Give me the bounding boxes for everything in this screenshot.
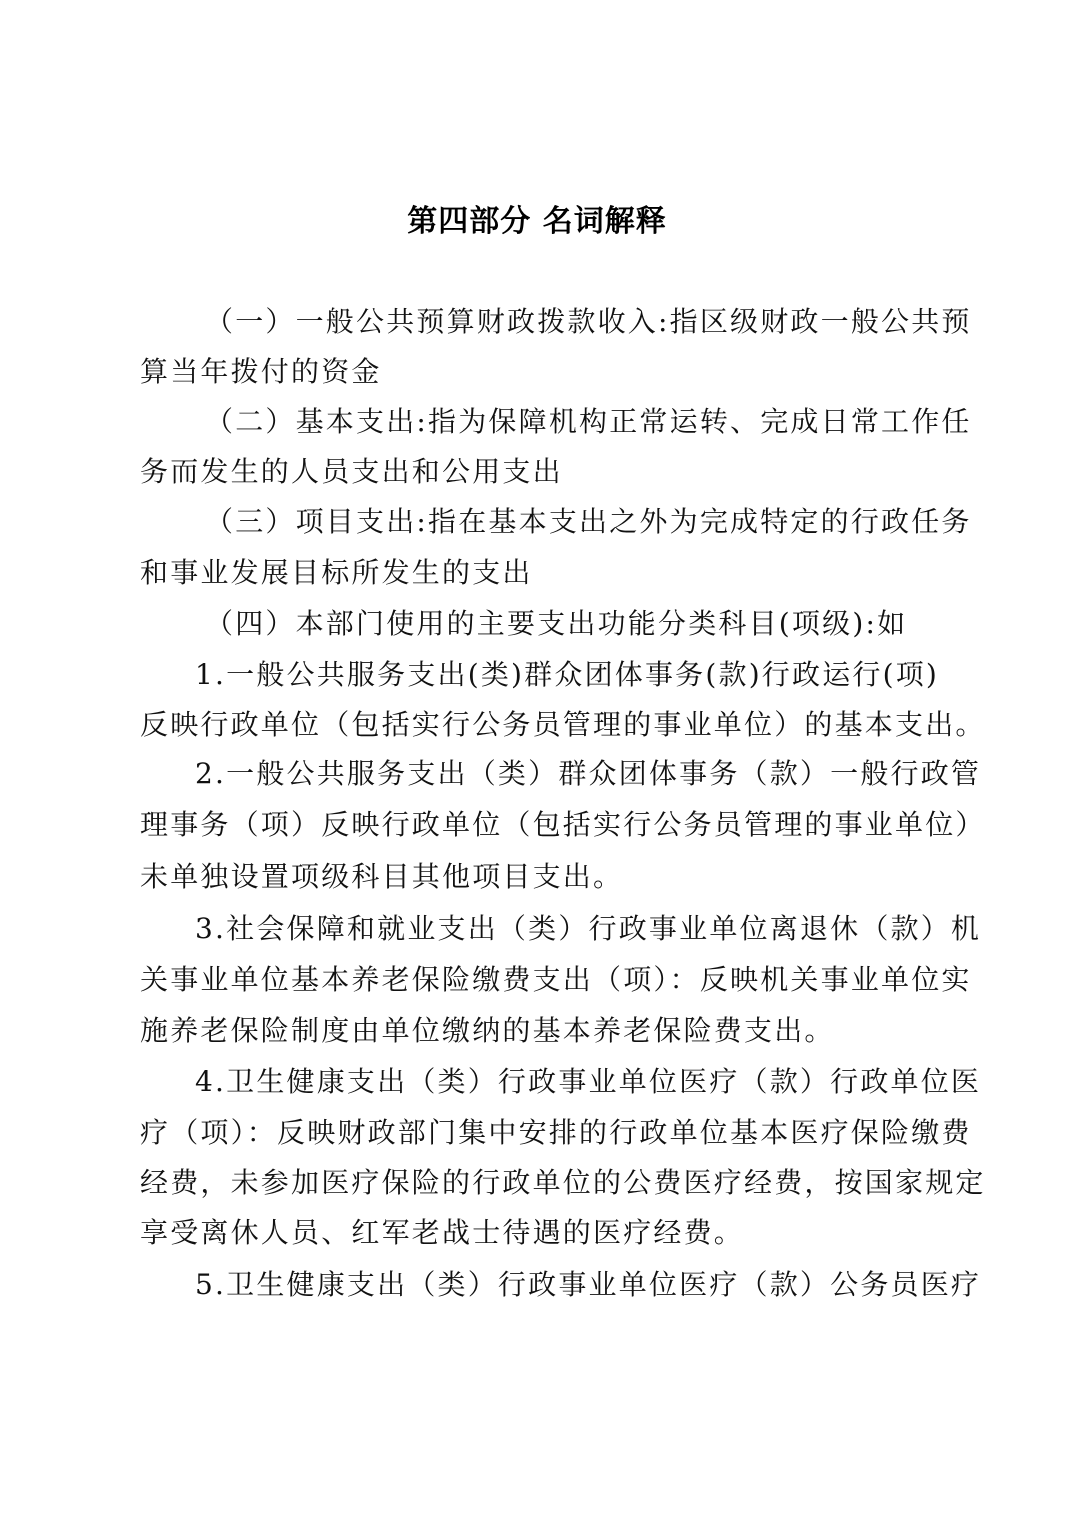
paragraph-line: 经费，未参加医疗保险的行政单位的公费医疗经费，按国家规定	[140, 1163, 940, 1203]
paragraph-line: 未单独设置项级科目其他项目支出。	[140, 857, 940, 897]
paragraph-line: 4.卫生健康支出（类）行政事业单位医疗（款）行政单位医	[195, 1062, 940, 1102]
document-page: 第四部分 名词解释 （一）一般公共预算财政拨款收入:指区级财政一般公共预 算当年…	[0, 0, 1074, 1520]
paragraph-line: 施养老保险制度由单位缴纳的基本养老保险费支出。	[140, 1011, 940, 1051]
paragraph-line: 关事业单位基本养老保险缴费支出（项）：反映机关事业单位实	[140, 960, 940, 1000]
paragraph-line: 和事业发展目标所发生的支出	[140, 553, 940, 593]
paragraph-line: 2.一般公共服务支出（类）群众团体事务（款）一般行政管	[195, 754, 940, 794]
paragraph-line: （一）一般公共预算财政拨款收入:指区级财政一般公共预	[205, 302, 940, 342]
page-title: 第四部分 名词解释	[0, 196, 1074, 240]
paragraph-line: 算当年拨付的资金	[140, 352, 940, 392]
paragraph-line: 理事务（项）反映行政单位（包括实行公务员管理的事业单位）	[140, 805, 940, 845]
paragraph-line: 享受离休人员、红军老战士待遇的医疗经费。	[140, 1213, 940, 1253]
paragraph-line: （二）基本支出:指为保障机构正常运转、完成日常工作任	[205, 402, 940, 442]
paragraph-line: （四）本部门使用的主要支出功能分类科目(项级):如	[205, 604, 940, 644]
paragraph-line: 5.卫生健康支出（类）行政事业单位医疗（款）公务员医疗	[195, 1265, 940, 1305]
paragraph-line: 3.社会保障和就业支出（类）行政事业单位离退休（款）机	[195, 909, 940, 949]
paragraph-line: （三）项目支出:指在基本支出之外为完成特定的行政任务	[205, 502, 940, 542]
paragraph-line: 1.一般公共服务支出(类)群众团体事务(款)行政运行(项)	[195, 655, 940, 695]
paragraph-line: 务而发生的人员支出和公用支出	[140, 452, 940, 492]
paragraph-line: 疗（项）：反映财政部门集中安排的行政单位基本医疗保险缴费	[140, 1113, 940, 1153]
paragraph-line: 反映行政单位（包括实行公务员管理的事业单位）的基本支出。	[140, 705, 940, 745]
